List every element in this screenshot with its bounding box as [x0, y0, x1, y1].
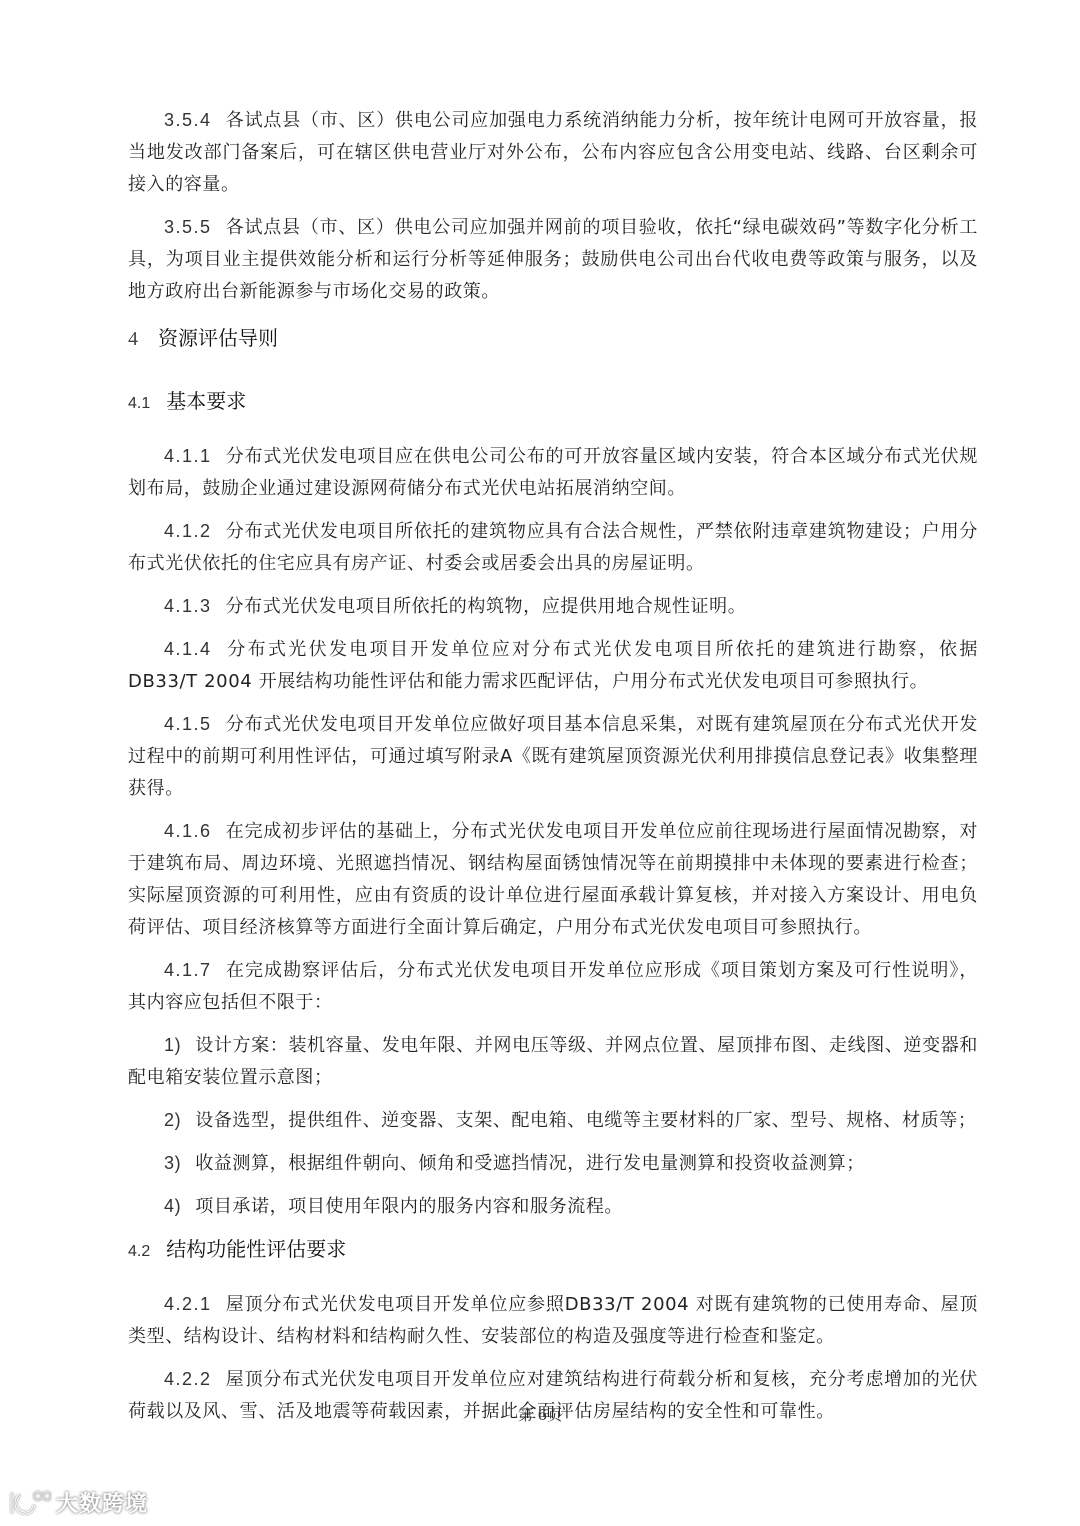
list-item: 4)项目承诺，项目使用年限内的服务内容和服务流程。 — [128, 1190, 978, 1223]
clause-text: 各试点县（市、区）供电公司应加强并网前的项目验收，依托“绿电碳效码”等数字化分析… — [128, 217, 978, 302]
watermark-text: 大数跨境 — [56, 1487, 148, 1518]
chapter-title: 资源评估导则 — [158, 326, 278, 350]
list-item-text: 收益测算，根据组件朝向、倾角和受遮挡情况，进行发电量测算和投资收益测算； — [195, 1153, 865, 1174]
section-title: 结构功能性评估要求 — [166, 1237, 346, 1261]
paragraph-3-5-4: 3.5.4各试点县（市、区）供电公司应加强电力系统消纳能力分析，按年统计电网可开… — [128, 104, 978, 201]
list-item: 1)设计方案：装机容量、发电年限、并网电压等级、并网点位置、屋顶排布图、走线图、… — [128, 1029, 978, 1094]
clause-number: 3.5.5 — [164, 217, 212, 237]
list-item-number: 1) — [164, 1035, 181, 1055]
paragraph-4-1-2: 4.1.2分布式光伏发电项目所依托的建筑物应具有合法合规性，严禁依附违章建筑物建… — [128, 515, 978, 580]
paragraph-4-1-3: 4.1.3分布式光伏发电项目所依托的构筑物，应提供用地合规性证明。 — [128, 590, 978, 623]
clause-text: 在完成初步评估的基础上，分布式光伏发电项目开发单位应前往现场进行屋面情况勘察，对… — [128, 821, 978, 938]
list-item-text: 设备选型，提供组件、逆变器、支架、配电箱、电缆等主要材料的厂家、型号、规格、材质… — [195, 1110, 976, 1131]
clause-text: 分布式光伏发电项目开发单位应做好项目基本信息采集，对既有建筑屋顶在分布式光伏开发… — [128, 714, 978, 799]
clause-number: 4.1.1 — [164, 446, 212, 466]
paragraph-4-1-4: 4.1.4分布式光伏发电项目开发单位应对分布式光伏发电项目所依托的建筑进行勘察，… — [128, 633, 978, 698]
paragraph-4-2-1: 4.2.1屋顶分布式光伏发电项目开发单位应参照DB33/T 2004 对既有建筑… — [128, 1288, 978, 1353]
clause-text: 在完成勘察评估后，分布式光伏发电项目开发单位应形成《项目策划方案及可行性说明》，… — [128, 960, 978, 1013]
clause-text: 分布式光伏发电项目所依托的建筑物应具有合法合规性，严禁依附违章建筑物建设；户用分… — [128, 521, 978, 574]
clause-text: 分布式光伏发电项目所依托的构筑物，应提供用地合规性证明。 — [226, 596, 747, 617]
k100-logo-icon — [8, 1489, 52, 1517]
section-title: 基本要求 — [166, 389, 246, 413]
document-page: 3.5.4各试点县（市、区）供电公司应加强电力系统消纳能力分析，按年统计电网可开… — [128, 104, 978, 1438]
paragraph-4-1-7: 4.1.7在完成勘察评估后，分布式光伏发电项目开发单位应形成《项目策划方案及可行… — [128, 954, 978, 1019]
clause-text: 各试点县（市、区）供电公司应加强电力系统消纳能力分析，按年统计电网可开放容量，报… — [128, 110, 978, 195]
clause-number: 4.1.5 — [164, 714, 212, 734]
list-item: 3)收益测算，根据组件朝向、倾角和受遮挡情况，进行发电量测算和投资收益测算； — [128, 1147, 978, 1180]
paragraph-3-5-5: 3.5.5各试点县（市、区）供电公司应加强并网前的项目验收，依托“绿电碳效码”等… — [128, 211, 978, 308]
clause-number: 4.1.3 — [164, 596, 212, 616]
list-item: 2)设备选型，提供组件、逆变器、支架、配电箱、电缆等主要材料的厂家、型号、规格、… — [128, 1104, 978, 1137]
watermark: 大数跨境 — [8, 1487, 148, 1518]
clause-text: 分布式光伏发电项目应在供电公司公布的可开放容量区域内安装，符合本区域分布式光伏规… — [128, 446, 978, 499]
clause-text: 分布式光伏发电项目开发单位应对分布式光伏发电项目所依托的建筑进行勘察，依据DB3… — [128, 639, 978, 692]
list-item-number: 4) — [164, 1196, 181, 1216]
clause-number: 4.1.4 — [164, 639, 212, 659]
clause-number: 4.2.1 — [164, 1294, 212, 1314]
clause-number: 4.1.2 — [164, 521, 212, 541]
section-heading-4-1: 4.1基本要求 — [128, 385, 978, 420]
clause-number: 4.1.6 — [164, 821, 212, 841]
paragraph-4-1-6: 4.1.6在完成初步评估的基础上，分布式光伏发电项目开发单位应前往现场进行屋面情… — [128, 815, 978, 944]
paragraph-4-1-1: 4.1.1分布式光伏发电项目应在供电公司公布的可开放容量区域内安装，符合本区域分… — [128, 440, 978, 505]
chapter-number: 4 — [128, 328, 138, 350]
clause-number: 4.2.2 — [164, 1369, 212, 1389]
clause-number: 3.5.4 — [164, 110, 212, 130]
clause-text: 屋顶分布式光伏发电项目开发单位应参照DB33/T 2004 对既有建筑物的已使用… — [128, 1294, 978, 1347]
list-item-text: 设计方案：装机容量、发电年限、并网电压等级、并网点位置、屋顶排布图、走线图、逆变… — [128, 1035, 978, 1088]
paragraph-4-1-5: 4.1.5分布式光伏发电项目开发单位应做好项目基本信息采集，对既有建筑屋顶在分布… — [128, 708, 978, 805]
clause-number: 4.1.7 — [164, 960, 212, 980]
list-item-number: 3) — [164, 1153, 181, 1173]
chapter-heading-4: 4资源评估导则 — [128, 322, 978, 355]
section-heading-4-2: 4.2结构功能性评估要求 — [128, 1233, 978, 1268]
section-number: 4.1 — [128, 395, 150, 412]
list-item-text: 项目承诺，项目使用年限内的服务内容和服务流程。 — [195, 1196, 623, 1217]
page-number: 第 6页 — [0, 1404, 1080, 1425]
list-item-number: 2) — [164, 1110, 181, 1130]
section-number: 4.2 — [128, 1243, 150, 1260]
